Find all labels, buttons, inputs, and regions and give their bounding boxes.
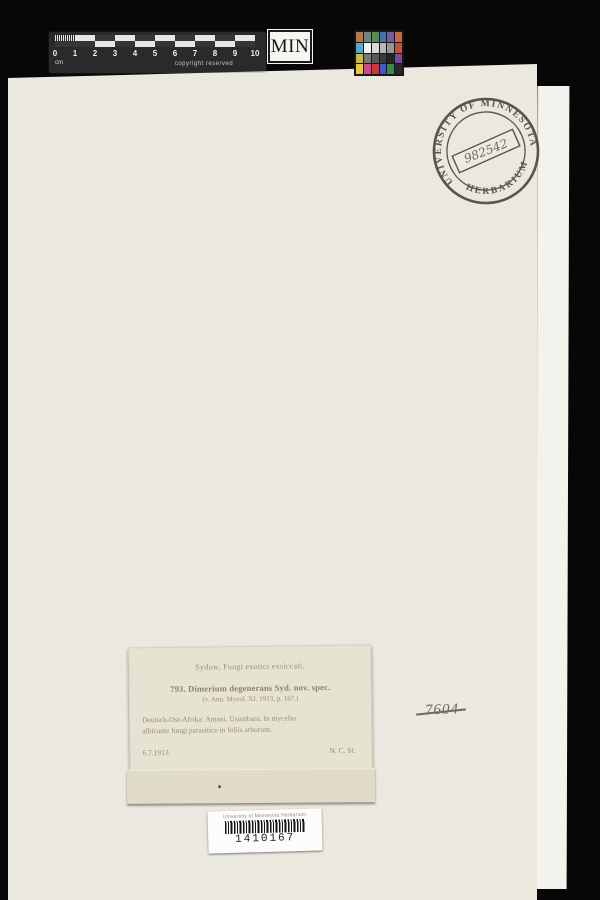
color-patch [380,54,387,64]
color-patch [387,54,394,64]
color-patch [356,64,363,74]
color-patch [380,32,387,42]
ruler-unit-label: cm [55,60,63,66]
color-patch [364,32,371,42]
color-patch [364,43,371,53]
color-patch [372,43,379,53]
color-patch [395,64,402,74]
color-patch [395,54,402,64]
color-patch [372,54,379,64]
pencil-number-crossed: 7604 [414,701,471,720]
color-patch [364,64,371,74]
specimen-fragment-dot [218,785,221,788]
herbarium-scan: { "colors": { "background": "#070707", "… [0,0,600,900]
min-institution-tag: MIN [267,29,313,64]
scale-ruler: 0 1 2 3 4 5 6 7 8 9 10 cm copyright rese… [49,32,266,73]
color-calibration-target [354,30,404,76]
label-collector: N. C. St. [329,745,355,754]
specimen-label: Sydow, Fungi exotici exsiccati. 793. Dim… [128,645,373,776]
barcode-number: 1410167 [208,831,322,846]
label-series-title: Sydow, Fungi exotici exsiccati. [129,661,370,673]
color-patch [356,32,363,42]
label-locality-line2: albicante fungi parasitice in foliis arb… [142,724,359,738]
color-patch [364,54,371,64]
label-date: 6.7.1913 [142,748,168,757]
color-patch [372,64,379,74]
color-patch [356,54,363,64]
ruler-numbers: 0 1 2 3 4 5 6 7 8 9 10 [49,49,266,59]
specimen-packet-strip [127,768,375,804]
color-patch [372,32,379,42]
label-reference: (v. Ann. Mycol. XI. 1913, p. 167.) [130,694,371,705]
color-patch [356,43,363,53]
color-patch [387,43,394,53]
color-patch [387,64,394,74]
backing-sheet-edge [535,86,570,889]
color-patch [387,32,394,42]
color-patch [395,43,402,53]
color-patch [380,43,387,53]
label-species-name: 793. Dimerium degenerans Syd. nov. spec. [130,682,371,695]
ruler-check-band-bottom [55,41,255,47]
color-patch [380,64,387,74]
color-patch [395,32,402,42]
min-label: MIN [268,30,312,63]
ruler-copyright-text: copyright reserved [144,61,264,67]
barcode-label: University of Minnesota Herbarium 141016… [207,808,322,853]
